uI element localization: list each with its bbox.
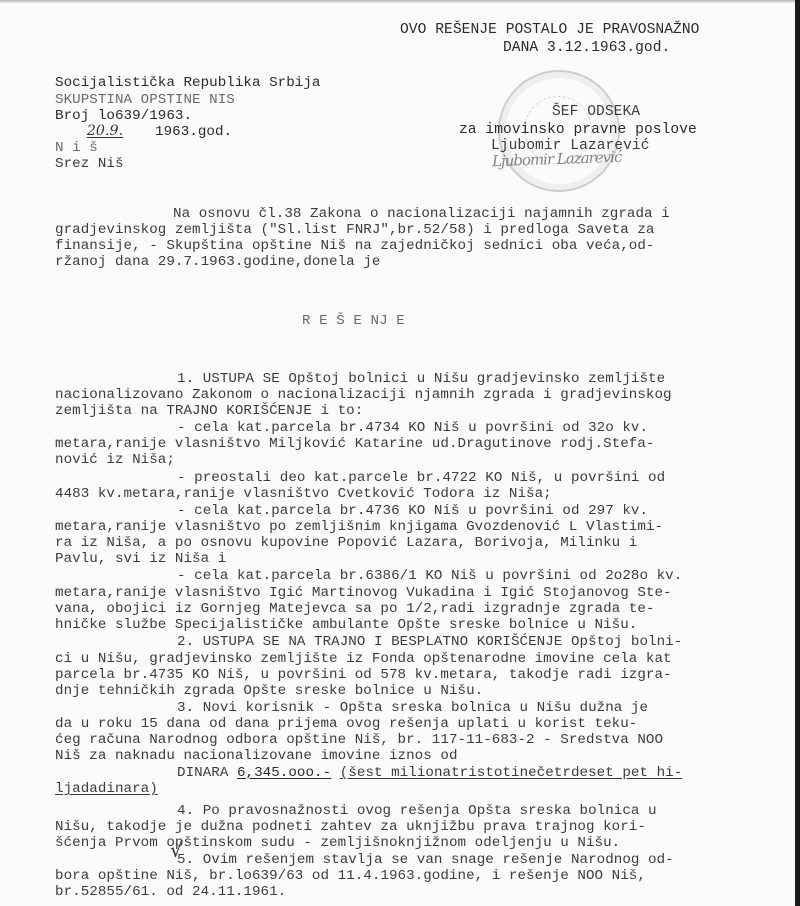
body-line: nacionalizovano Zakonom o nacionalizacij… (55, 387, 672, 403)
body-line: ci u Nišu, gradjevinsko zemljište iz Fon… (55, 651, 672, 667)
body-line: ćeg računa Narodnog odbora opštine Niš, … (55, 732, 663, 748)
notice-line-1: OVO REŠENJE POSTALO JE PRAVOSNAŽNO (400, 22, 699, 38)
body-line: - cela kat.parcela br.4736 KO Niš u povr… (177, 503, 648, 519)
body-line: br.52855/61. od 24.11.1961. (55, 884, 286, 900)
body-line: 5. Ovim rešenjem stavlja se van snage re… (177, 852, 674, 868)
issuer-republic: Socijalistička Republika Srbija (55, 75, 320, 91)
amount-value: 6,345.ooo.- (237, 765, 331, 781)
amount-line: DINARA 6,345.ooo.- (šest milionatristoti… (177, 765, 682, 781)
issuer-district: Srez Niš (55, 156, 124, 172)
body-line: Pavlu, svi iz Niša i (55, 551, 226, 567)
issuer-assembly: SKUPSTINA OPSTINE NIS (55, 92, 235, 108)
body-line: 4. Po pravosnažnosti ovog rešenja Opšta … (177, 803, 657, 819)
preamble-line: finansije, - Skupština opštine Niš na za… (55, 238, 654, 254)
body-line: Nišu, takodje je dužna podneti zahtev za… (55, 819, 646, 835)
body-line: da u roku 15 dana od dana prijema ovog r… (55, 716, 637, 732)
notice-department: za imovinsko pravne poslove (459, 122, 697, 138)
body-line: dnje tehničkih zgrada Opšte sreske bolni… (55, 683, 483, 699)
typed-year: 1963.god. (155, 124, 232, 140)
body-line: hničke službe Specijalističke ambulante … (55, 617, 637, 633)
notice-department-head: ŠEF ODSEKA (552, 104, 640, 120)
checkmark-icon: √ (170, 838, 183, 862)
amount-label: DINARA (177, 765, 228, 781)
document-date: 20.9.1963.god. (55, 123, 232, 140)
body-line: 4483 kv.metara,ranije vlasništvo Cvetkov… (55, 486, 552, 502)
preamble-line: ržanoj dana 29.7.1963.godine,donela je (55, 254, 380, 270)
body-line: - cela kat.parcela br.6386/1 KO Niš u po… (177, 568, 682, 584)
amount-in-words-end: ljadadinara) (55, 781, 158, 797)
body-line: šćenja Prvom opštinskom sudu - zemljišno… (55, 835, 620, 851)
notice-official-name: Ljubomir Lazarević (491, 138, 650, 154)
body-line: metara,ranije vlasništvo Miljković Katar… (55, 436, 654, 452)
body-line: - preostali deo kat.parcele br.4722 KO N… (177, 470, 665, 486)
body-line: Niš za naknadu nacionalizovane imovine i… (55, 748, 458, 764)
preamble-line: Na osnovu čl.38 Zakona o nacionalizaciji… (173, 206, 670, 222)
body-line: 2. USTUPA SE NA TRAJNO I BESPLATNO KORIŠ… (177, 634, 682, 650)
scan-right-edge (795, 0, 800, 906)
body-line: zemljišta na TRAJNO KORIŠĆENJE i to: (55, 403, 363, 419)
body-line: 3. Novi korisnik - Opšta sreska bolnica … (177, 700, 648, 716)
document-number: Broj lo639/1963. (55, 108, 192, 124)
body-line: ra iz Niša, a po osnovu kupovine Popović… (55, 535, 637, 551)
issuer-city: N i š (55, 140, 98, 156)
amount-in-words: (šest milionatristotinečetrdeset pet hi- (340, 765, 683, 781)
notice-date: DANA 3.12.1963.god. (503, 40, 670, 56)
body-line: nović iz Niša; (55, 452, 175, 468)
body-line: 1. USTUPA SE Opštoj bolnici u Nišu gradj… (177, 371, 665, 387)
body-line: parcela br.4735 KO Niš, u površini od 57… (55, 667, 672, 683)
body-line: - cela kat.parcela br.4734 KO Niš u povr… (177, 420, 648, 436)
body-line: vana, obojici iz Gornjeg Matejevca sa po… (55, 601, 654, 617)
scan-top-edge (0, 0, 795, 3)
body-line: metara,ranije vlasništvo po zemljišnim k… (55, 519, 663, 535)
handwritten-date: 20.9. (55, 123, 155, 139)
body-line: metara,ranije vlasništvo Igić Martinovog… (55, 585, 672, 601)
document-title: R E Š E NJ E (302, 313, 405, 329)
preamble-line: gradjevinskog zemljišta ("Sl.list FNRJ",… (55, 222, 654, 238)
body-line: bora opštine Niš, br.lo639/63 od 11.4.19… (55, 868, 646, 884)
